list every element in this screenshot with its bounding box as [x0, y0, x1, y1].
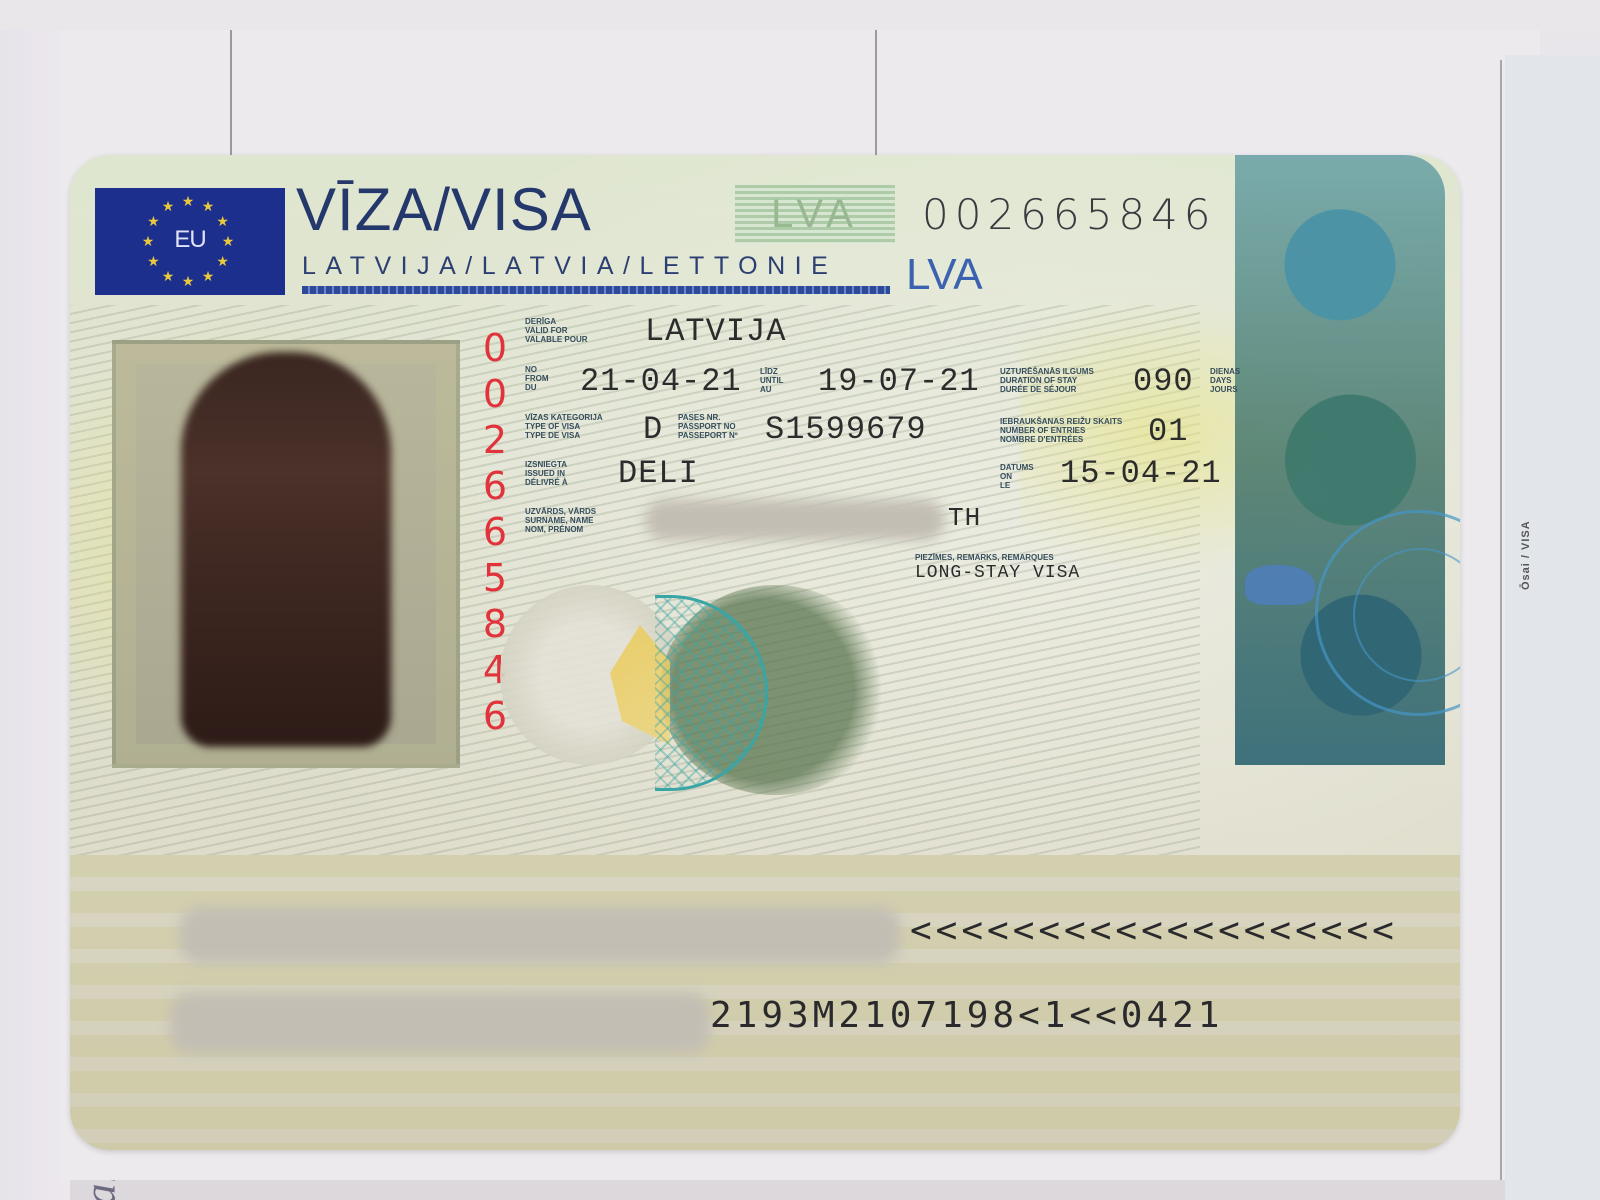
name-redaction — [645, 500, 945, 540]
from-label: NO FROM DU — [525, 365, 549, 392]
duration-unit-label: DIENAS DAYS JOURS — [1210, 367, 1240, 394]
microprint-line — [302, 286, 890, 294]
passport-value: S1599679 — [765, 411, 927, 448]
duration-label: UZTURĒŠANĀS ILGUMS DURATION OF STAY DURÉ… — [1000, 367, 1094, 394]
page-crease — [875, 30, 877, 170]
visa-type-label: VĪZAS KATEGORIJA TYPE OF VISA TYPE DE VI… — [525, 413, 603, 440]
remarks-value: LONG-STAY VISA — [915, 563, 1080, 583]
valid-for-label: DERĪGA VALID FOR VALABLE POUR — [525, 317, 588, 344]
star-icon: ★ — [161, 269, 175, 283]
vertical-number-digit: 6 — [475, 509, 515, 555]
vertical-number-digit: 5 — [475, 555, 515, 601]
from-value: 21-04-21 — [580, 363, 742, 400]
visa-title: VĪZA/VISA — [296, 175, 592, 244]
mrz-line-2: 2193M2107198<1<<0421 — [710, 995, 1223, 1036]
passport-label: PASES Nr. PASSPORT No PASSEPORT Nº — [678, 413, 738, 440]
page-crease — [230, 30, 232, 170]
mrz-line2-redaction — [170, 993, 710, 1053]
page-edge — [1500, 60, 1502, 1180]
remarks-label: PIEZĪMES, REMARKS, REMARQUES — [915, 553, 1054, 562]
issued-in-label: IZSNIEGTA ISSUED IN DÉLIVRÉ À — [525, 460, 568, 487]
star-icon: ★ — [161, 199, 175, 213]
vertical-number-digit: 2 — [475, 417, 515, 463]
issued-on-value: 15-04-21 — [1060, 455, 1222, 492]
valid-for-value: LATVIJA — [645, 313, 786, 350]
issued-on-label: DATUMS ON LE — [1000, 463, 1034, 490]
holder-photo — [112, 340, 460, 768]
star-icon: ★ — [201, 199, 215, 213]
name-visible-fragment: TH — [948, 503, 981, 533]
mrz-line-1: <<<<<<<<<<<<<<<<<<< — [910, 910, 1398, 951]
vertical-number-digit: 0 — [475, 325, 515, 371]
country-code: LVA — [906, 250, 983, 300]
entries-value: 01 — [1148, 413, 1188, 450]
right-edge-text: Ōsai / VISA — [1520, 520, 1532, 590]
star-icon: ★ — [146, 254, 160, 268]
mrz-line1-redaction — [180, 907, 900, 963]
vertical-number-digit: 0 — [475, 371, 515, 417]
star-icon: ★ — [181, 274, 195, 288]
visa-sticker: ★★★★★★★★★★★★ EU VĪZA/VISA LATVIJA/LATVIA… — [70, 155, 1460, 1150]
entries-label: IEBRAUKŠANAS REIŽU SKAITS NUMBER OF ENTR… — [1000, 417, 1122, 444]
issuing-country-line: LATVIJA/LATVIA/LETTONIE — [302, 252, 837, 281]
blurred-face — [181, 352, 391, 747]
lva-watermark: LVA — [735, 185, 895, 243]
star-icon: ★ — [181, 194, 195, 208]
lion-icon — [1245, 565, 1315, 605]
star-icon: ★ — [201, 269, 215, 283]
name-label: UZVĀRDS, VĀRDS SURNAME, NAME NOM, PRÉNOM — [525, 507, 596, 534]
eu-flag-icon: ★★★★★★★★★★★★ EU — [95, 188, 285, 295]
issued-in-value: DELI — [618, 455, 699, 492]
passport-page-right-strip — [1505, 55, 1600, 1200]
vertical-number-digit: 6 — [475, 463, 515, 509]
visa-number: 002665846 — [922, 190, 1217, 239]
eu-label: EU — [95, 226, 285, 254]
until-value: 19-07-21 — [818, 363, 980, 400]
duration-value: 090 — [1133, 363, 1194, 400]
mrz-zone: <<<<<<<<<<<<<<<<<<< 2193M2107198<1<<0421 — [70, 855, 1460, 1150]
star-icon: ★ — [216, 254, 230, 268]
visa-type-value: D — [643, 411, 663, 448]
until-label: LĪDZ UNTIL AU — [760, 367, 784, 394]
